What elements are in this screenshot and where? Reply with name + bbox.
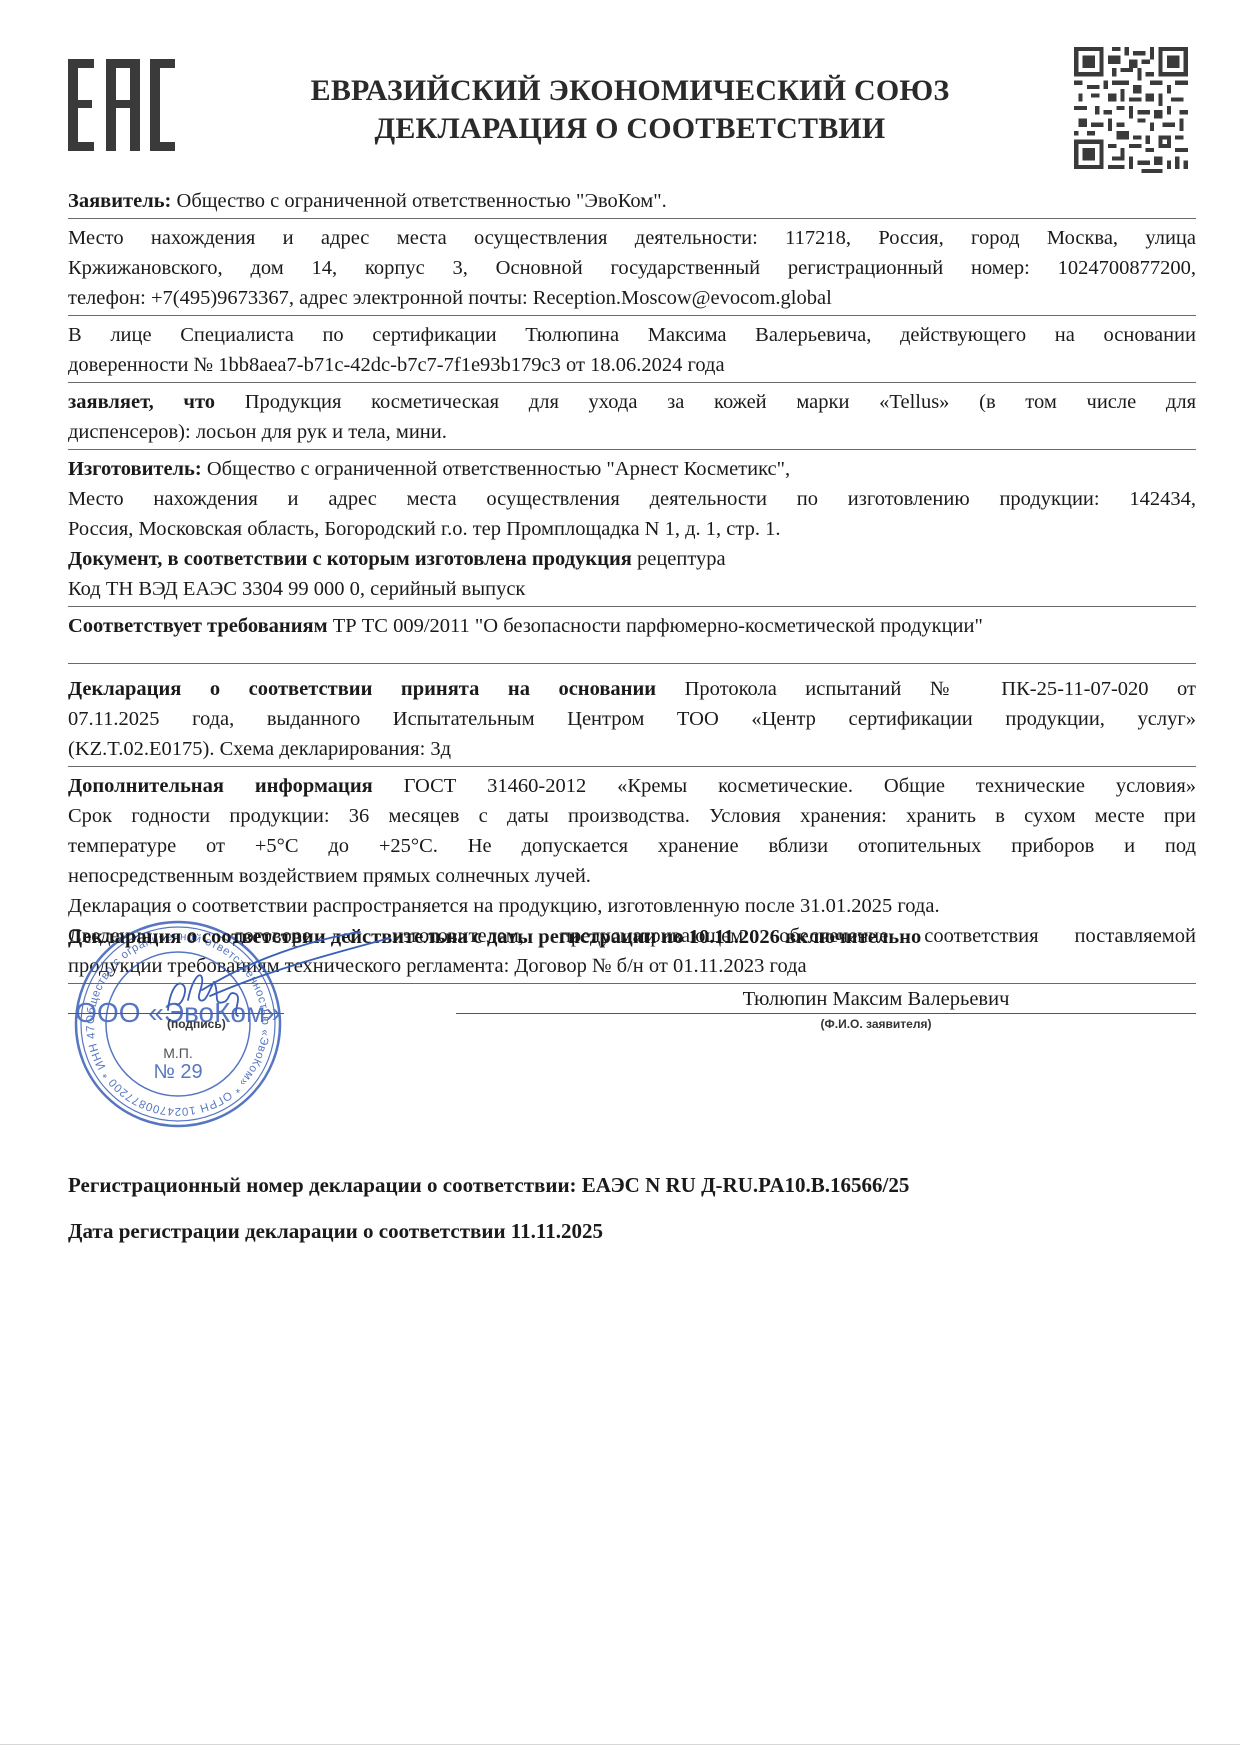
manufacturer-address-line: Место нахождения и адрес места осуществл… bbox=[68, 484, 1196, 514]
power-of-attorney-line: доверенности № 1bb8aea7-b71c-42dc-b7c7-7… bbox=[68, 350, 1196, 380]
signer-name: Тюлюпин Максим Валерьевич bbox=[456, 986, 1196, 1012]
compliance-label: Соответствует требованиям bbox=[68, 615, 328, 637]
applicant-contacts-line: телефон: +7(495)9673367, адрес электронн… bbox=[68, 283, 1196, 313]
compliance-section: Соответствует требованиям ТР ТС 009/2011… bbox=[68, 607, 1196, 664]
storage-line: температуре от +5°С до +25°С. Не допуска… bbox=[68, 831, 1196, 861]
additional-info-label: Дополнительная информация bbox=[68, 775, 373, 797]
union-title: ЕВРАЗИЙСКИЙ ЭКОНОМИЧЕСКИЙ СОЮЗ bbox=[250, 72, 1010, 110]
shelf-life-line: Срок годности продукции: 36 месяцев с да… bbox=[68, 801, 1196, 831]
product-description: Продукция косметическая для ухода за кож… bbox=[215, 391, 1196, 413]
signer-name-caption: (Ф.И.О. заявителя) bbox=[456, 1017, 1196, 1031]
representative-section: В лице Специалиста по сертификации Тюлюп… bbox=[68, 316, 1196, 383]
manufacturer-label: Изготовитель: bbox=[68, 458, 202, 480]
declaration-title: ДЕКЛАРАЦИЯ О СООТВЕТСТВИИ bbox=[250, 110, 1010, 148]
representative-line: В лице Специалиста по сертификации Тюлюп… bbox=[68, 320, 1196, 350]
document-basis-value: рецептура bbox=[632, 548, 726, 570]
registration-number: Регистрационный номер декларации о соотв… bbox=[68, 1170, 909, 1200]
hs-code-line: Код ТН ВЭД ЕАЭС 3304 99 000 0, серийный … bbox=[68, 574, 1196, 604]
declaration-body: Заявитель: Общество с ограниченной ответ… bbox=[68, 186, 1196, 984]
page-bottom-edge bbox=[0, 1744, 1240, 1745]
handwritten-signature bbox=[140, 930, 400, 1020]
basis-section: Декларация о соответствии принята на осн… bbox=[68, 664, 1196, 767]
manufacturer-section: Изготовитель: Общество с ограниченной от… bbox=[68, 450, 1196, 607]
test-center-line: 07.11.2025 года, выданного Испытательным… bbox=[68, 704, 1196, 734]
applicant-address-line: Кржижановского, дом 14, корпус 3, Основн… bbox=[68, 253, 1196, 283]
product-description-line: диспенсеров): лосьон для рук и тела, мин… bbox=[68, 417, 1196, 447]
stamp-number: № 29 bbox=[153, 1061, 202, 1083]
applicant-section: Заявитель: Общество с ограниченной ответ… bbox=[68, 186, 1196, 219]
declaration-scheme-line: (KZ.T.02.E0175). Схема декларирования: 3… bbox=[68, 734, 1196, 764]
registration-date: Дата регистрации декларации о соответств… bbox=[68, 1216, 603, 1246]
basis-label: Декларация о соответствии принята на осн… bbox=[68, 678, 656, 700]
applicant-value: Общество с ограниченной ответственностью… bbox=[171, 190, 666, 212]
document-basis-label: Документ, в соответствии с которым изгот… bbox=[68, 548, 632, 570]
manufacturer-value: Общество с ограниченной ответственностью… bbox=[202, 458, 790, 480]
applicant-label: Заявитель: bbox=[68, 190, 171, 212]
manufacturer-address-line: Россия, Московская область, Богородский … bbox=[68, 514, 1196, 544]
declares-label: заявляет, что bbox=[68, 391, 215, 413]
eac-logo-icon bbox=[66, 55, 176, 155]
product-section: заявляет, что Продукция косметическая дл… bbox=[68, 383, 1196, 450]
qr-code-icon[interactable] bbox=[1070, 42, 1192, 174]
signer-name-line bbox=[456, 1013, 1196, 1014]
storage-line: непосредственным воздействием прямых сол… bbox=[68, 861, 1196, 891]
test-protocol: Протокола испытаний № ПК-25-11-07-020 от bbox=[656, 678, 1196, 700]
stamp-mp-label: М.П. bbox=[163, 1045, 193, 1061]
production-date-line: Декларация о соответствии распространяет… bbox=[68, 891, 1196, 921]
document-title: ЕВРАЗИЙСКИЙ ЭКОНОМИЧЕСКИЙ СОЮЗ ДЕКЛАРАЦИ… bbox=[250, 72, 1010, 148]
technical-regulation: ТР ТС 009/2011 "О безопасности парфюмерн… bbox=[328, 615, 983, 637]
applicant-address-section: Место нахождения и адрес места осуществл… bbox=[68, 219, 1196, 316]
gost-standard: ГОСТ 31460-2012 «Кремы косметические. Об… bbox=[373, 775, 1196, 797]
declaration-page: ЕВРАЗИЙСКИЙ ЭКОНОМИЧЕСКИЙ СОЮЗ ДЕКЛАРАЦИ… bbox=[0, 0, 1240, 1754]
applicant-address-line: Место нахождения и адрес места осуществл… bbox=[68, 223, 1196, 253]
